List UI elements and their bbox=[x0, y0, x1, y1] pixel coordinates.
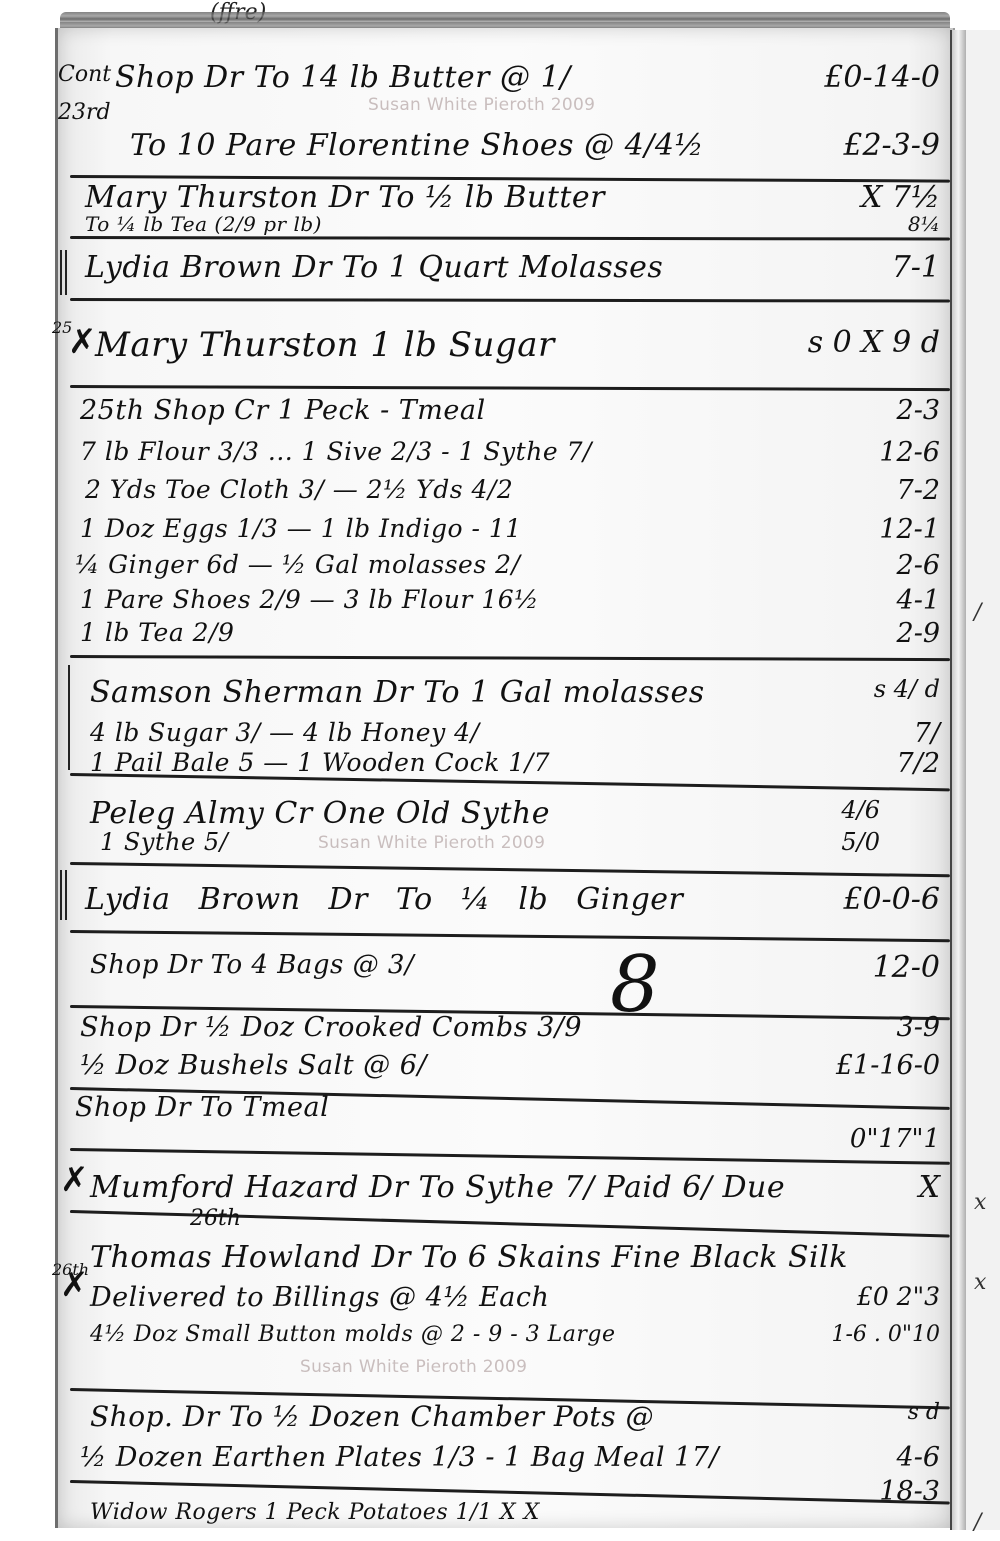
entry-amount: 5/0 bbox=[841, 828, 880, 856]
entry-description: Mumford Hazard Dr To Sythe 7/ Paid 6/ Du… bbox=[90, 1170, 785, 1205]
entry-description: 1 Pare Shoes 2/9 — 3 lb Flour 16½ bbox=[80, 585, 539, 614]
entry-description: Thomas Howland Dr To 6 Skains Fine Black… bbox=[90, 1240, 848, 1275]
entry-amount: 7-1 bbox=[892, 250, 940, 285]
entry-description: 7 lb Flour 3/3 ... 1 Sive 2/3 - 1 Sythe … bbox=[80, 437, 592, 466]
margin-note: Cont bbox=[58, 62, 111, 87]
entry-amount: 7-2 bbox=[897, 475, 940, 506]
margin-bar bbox=[60, 870, 62, 920]
entry-amount: s 4/ d bbox=[874, 675, 940, 703]
margin-note: 25 bbox=[52, 318, 72, 337]
watermark: Susan White Pieroth 2009 bbox=[300, 1357, 527, 1377]
adjacent-page-mark: / bbox=[974, 600, 981, 625]
margin-note: 23rd bbox=[58, 100, 111, 125]
entry-amount: 1-6 . 0"10 bbox=[831, 1322, 940, 1347]
entry-amount: X bbox=[919, 1170, 940, 1205]
entry-description: Delivered to Billings @ 4½ Each bbox=[90, 1282, 549, 1313]
entry-description: Mary Thurston 1 lb Sugar bbox=[95, 325, 555, 365]
entry-amount: X 7½ bbox=[861, 180, 940, 215]
entry-description: 1 Doz Eggs 1/3 — 1 lb Indigo - 11 bbox=[80, 514, 522, 543]
entry-description: Mary Thurston Dr To ½ lb Butter bbox=[85, 180, 605, 215]
entry-description: 4½ Doz Small Button molds @ 2 - 9 - 3 La… bbox=[90, 1322, 616, 1347]
entry-amount: 12-1 bbox=[879, 514, 940, 545]
entry-amount: 8¼ bbox=[908, 212, 940, 236]
watermark: Susan White Pieroth 2009 bbox=[318, 833, 545, 853]
entry-amount: £0 2"3 bbox=[857, 1282, 940, 1311]
entry-description: ½ Doz Bushels Salt @ 6/ bbox=[80, 1050, 427, 1081]
entry-description: Samson Sherman Dr To 1 Gal molasses bbox=[90, 675, 705, 710]
margin-note: 26th bbox=[190, 1206, 241, 1231]
entry-description: Shop Dr To 14 lb Butter @ 1/ bbox=[115, 60, 571, 95]
entry-amount: 2-9 bbox=[897, 618, 940, 649]
entry-amount: £0-0-6 bbox=[843, 882, 940, 917]
entry-description: 25th Shop Cr 1 Peck - Tmeal bbox=[80, 395, 486, 426]
adjacent-page-edge: / x x / bbox=[966, 30, 1000, 1530]
entry-description: 1 Sythe 5/ bbox=[100, 828, 228, 856]
entry-amount: 7/2 bbox=[897, 748, 940, 779]
watermark: Susan White Pieroth 2009 bbox=[368, 95, 595, 115]
entry-amount: s d bbox=[908, 1400, 940, 1425]
margin-bar bbox=[60, 250, 62, 295]
entry-amount: 4-1 bbox=[897, 585, 940, 616]
entry-amount: 18-3 bbox=[879, 1476, 940, 1507]
entry-description: Shop Dr To 4 Bags @ 3/ bbox=[90, 950, 414, 980]
entry-amount: 3-9 bbox=[897, 1012, 940, 1043]
entry-description: 1 Pail Bale 5 — 1 Wooden Cock 1/7 bbox=[90, 748, 550, 777]
entry-description: Lydia Brown Dr To 1 Quart Molasses bbox=[85, 250, 663, 285]
entry-amount: 12-0 bbox=[873, 950, 940, 985]
entry-description: 4 lb Sugar 3/ — 4 lb Honey 4/ bbox=[90, 718, 480, 747]
entry-description: To ¼ lb Tea (2/9 pr lb) bbox=[85, 212, 322, 236]
entry-amount: £1-16-0 bbox=[836, 1050, 940, 1081]
entry-description: Peleg Almy Cr One Old Sythe bbox=[90, 796, 550, 831]
entry-amount: 4/6 bbox=[841, 796, 880, 824]
entry-description: Lydia Brown Dr To ¼ lb Ginger bbox=[85, 882, 683, 917]
adjacent-page-mark: / bbox=[974, 1510, 981, 1535]
entry-amount: 0"17"1 bbox=[850, 1124, 940, 1154]
entry-amount: £2-3-9 bbox=[843, 128, 940, 163]
entry-amount: £0-14-0 bbox=[824, 60, 940, 95]
entry-description: Widow Rogers 1 Peck Potatoes 1/1 X X bbox=[90, 1500, 540, 1525]
entry-amount: 4-6 bbox=[897, 1442, 940, 1473]
margin-bar bbox=[68, 665, 70, 770]
entry-amount: 2-3 bbox=[897, 395, 940, 426]
stray-numeral: 8 bbox=[610, 940, 660, 1030]
entry-description: ¼ Ginger 6d — ½ Gal molasses 2/ bbox=[75, 550, 520, 579]
entry-description: Shop. Dr To ½ Dozen Chamber Pots @ bbox=[90, 1400, 654, 1433]
adjacent-page-mark: x bbox=[974, 1270, 986, 1295]
entry-description: 1 lb Tea 2/9 bbox=[80, 618, 234, 647]
entry-description: Shop Dr To Tmeal bbox=[75, 1092, 329, 1123]
entry-amount: s 0 X 9 d bbox=[808, 325, 940, 360]
entry-description: Shop Dr ½ Doz Crooked Combs 3/9 bbox=[80, 1012, 582, 1043]
entry-amount: 2-6 bbox=[897, 550, 940, 581]
entry-description: ½ Dozen Earthen Plates 1/3 - 1 Bag Meal … bbox=[80, 1442, 719, 1473]
entry-description: To 10 Pare Florentine Shoes @ 4/4½ bbox=[130, 128, 704, 163]
entry-amount: 12-6 bbox=[879, 437, 940, 468]
margin-bar bbox=[65, 870, 67, 920]
margin-bar bbox=[65, 250, 67, 295]
entry-description: 2 Yds Toe Cloth 3/ — 2½ Yds 4/2 bbox=[85, 475, 513, 504]
adjacent-page-mark: x bbox=[974, 1190, 986, 1215]
entry-amount: 7/ bbox=[914, 718, 940, 749]
crossed-out-mark: ✗ bbox=[60, 1160, 89, 1200]
margin-note: 26th bbox=[52, 1260, 89, 1279]
